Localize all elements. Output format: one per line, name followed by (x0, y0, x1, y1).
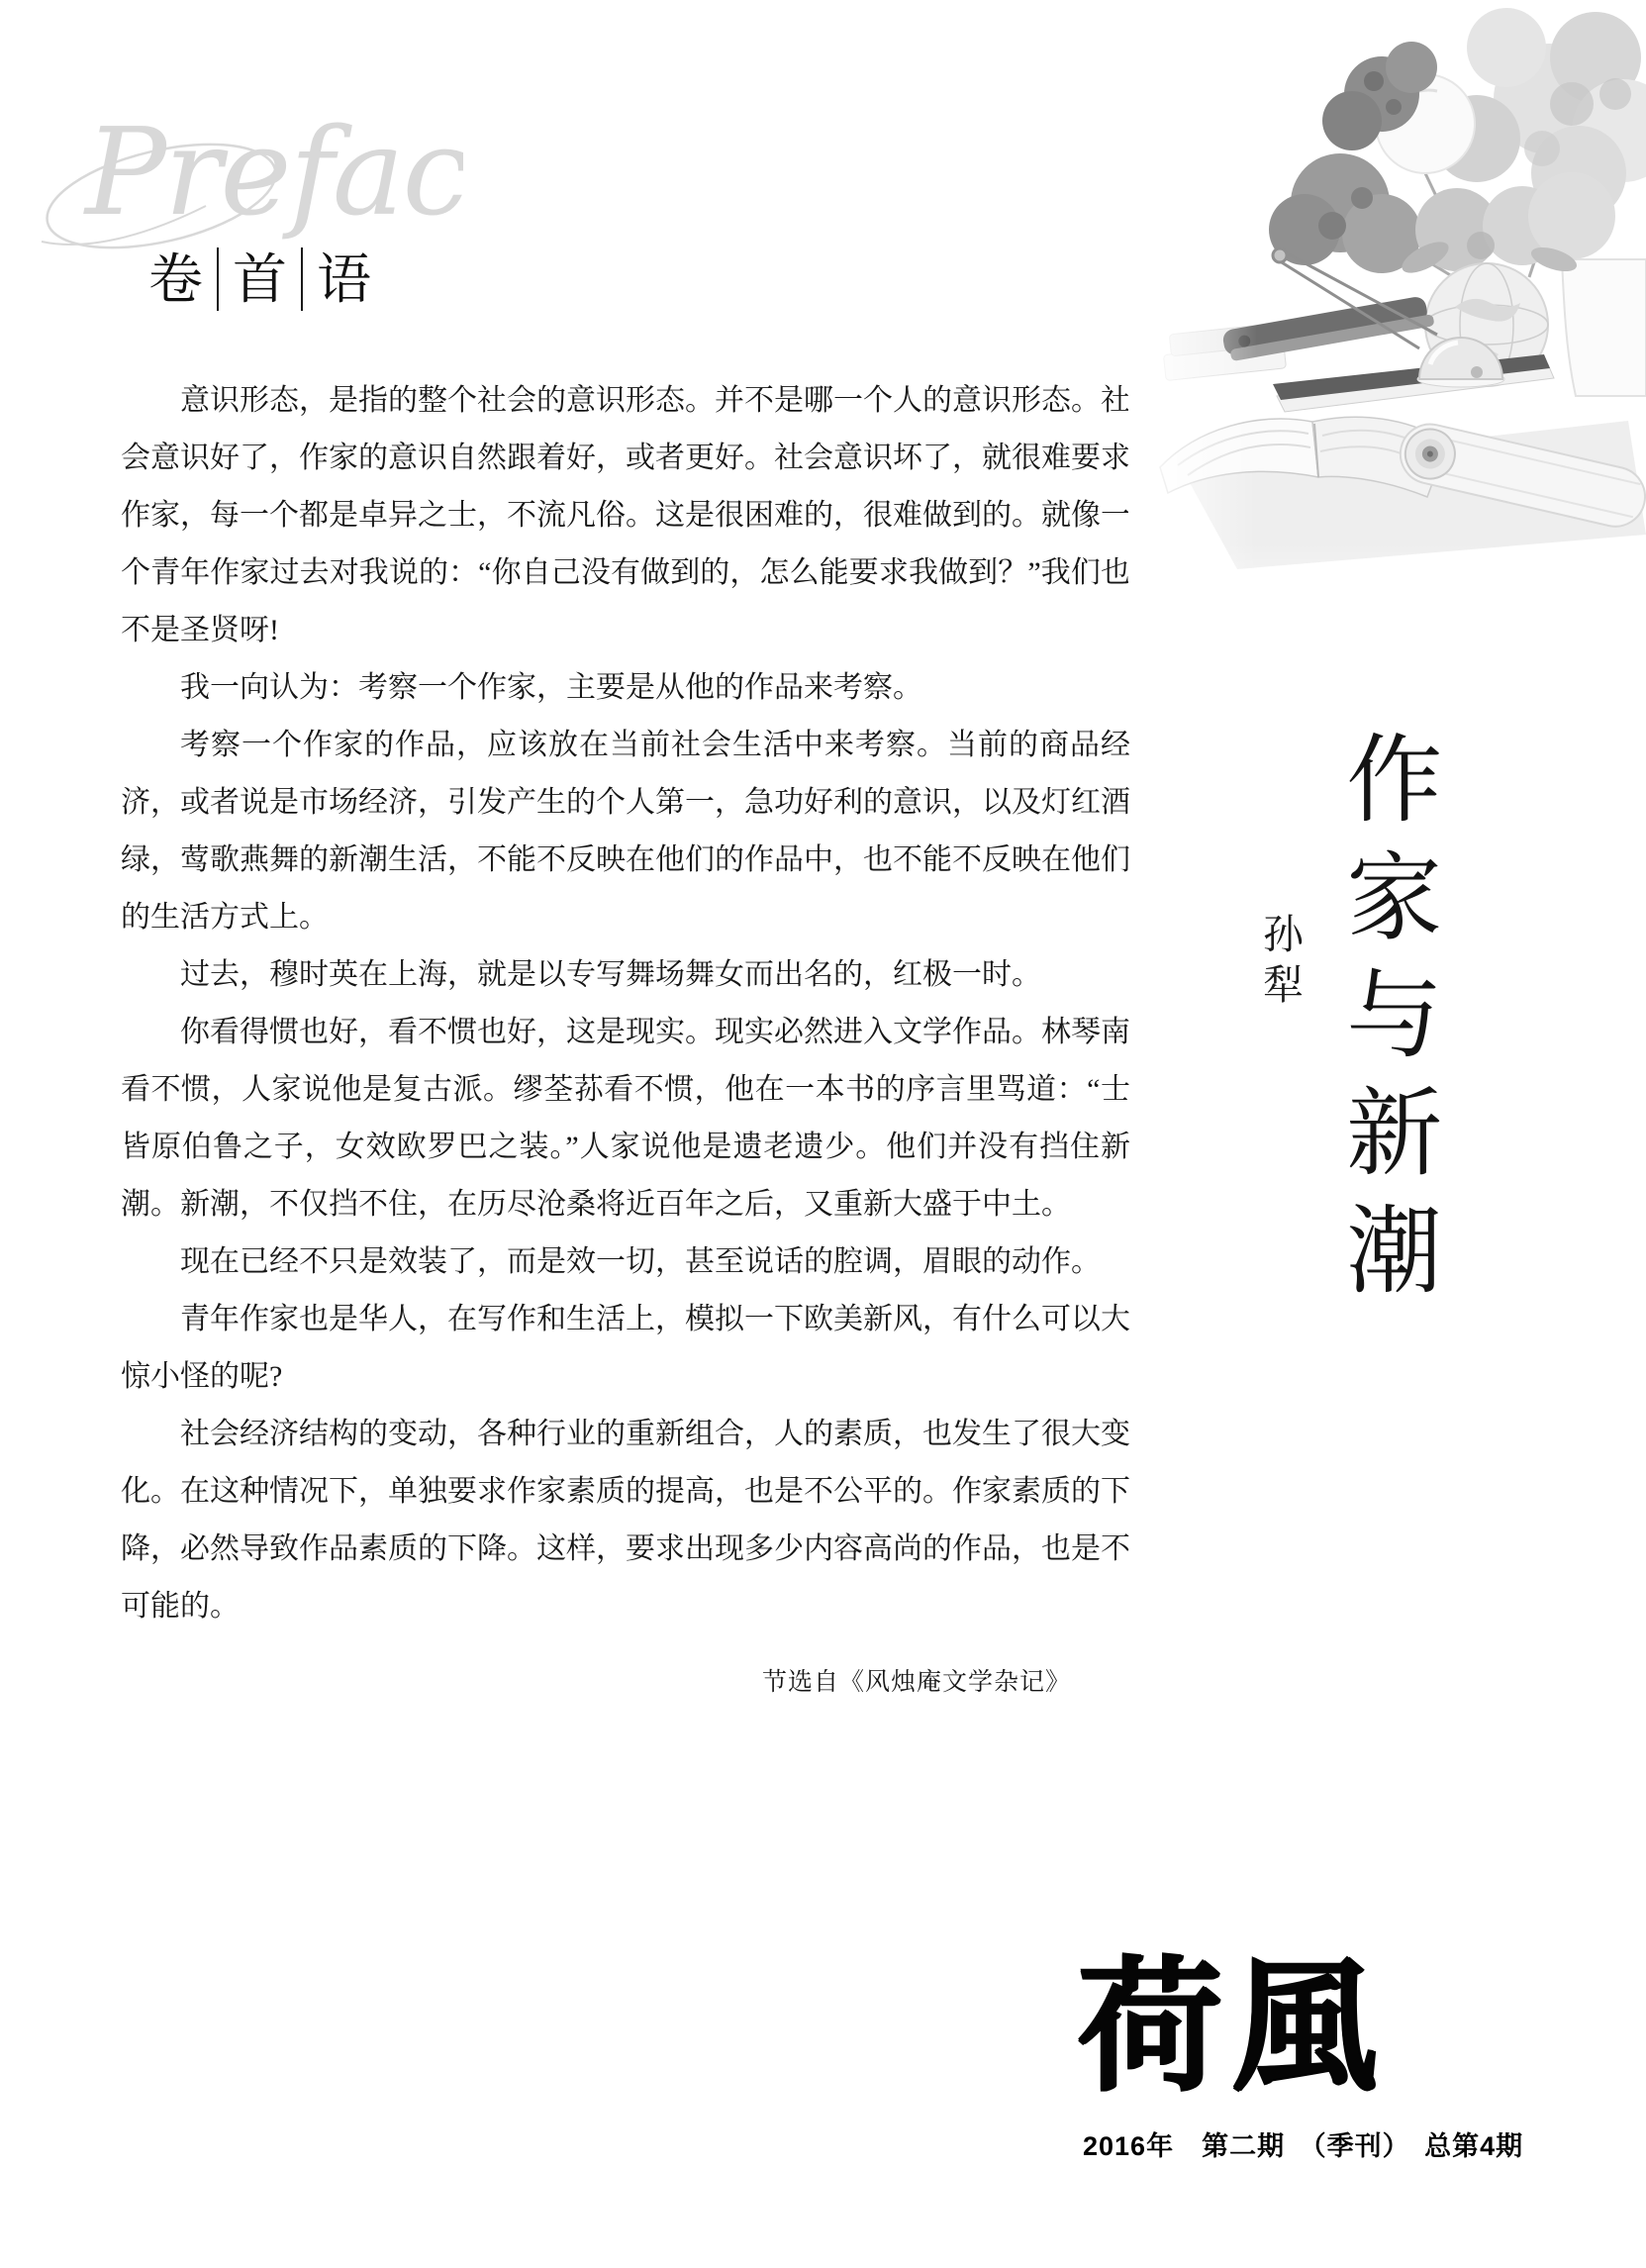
title-divider-bar (301, 247, 303, 311)
paragraph: 现在已经不只是效装了，而是效一切，甚至说话的腔调，眉眼的动作。 (121, 1233, 1130, 1291)
paragraph: 你看得惯也好，看不惯也好，这是现实。现实必然进入文学作品。林琴南看不惯，人家说他… (121, 1004, 1130, 1233)
magazine-preface-page: Preface 卷 首 语 意识形态，是指的整个社会的意识形态。并不是哪一个人的… (0, 0, 1646, 2268)
section-title: 卷 首 语 (148, 247, 371, 311)
paragraph: 青年作家也是华人，在写作和生活上，模拟一下欧美新风，有什么可以大惊小怪的呢? (121, 1291, 1130, 1406)
author-name: 孙犁 (1251, 913, 1309, 1014)
preface-script-art: Preface (28, 48, 463, 250)
section-title-char: 语 (317, 252, 371, 307)
paragraph: 考察一个作家的作品，应该放在当前社会生活中来考察。当前的商品经济，或者说是市场经… (121, 717, 1130, 946)
article-title-vertical: 作家与新潮 (1332, 729, 1436, 1318)
source-attribution: 节选自《风烛庵文学杂记》 (762, 1665, 1071, 1700)
paragraph: 社会经济结构的变动，各种行业的重新组合，人的素质，也发生了很大变化。在这种情况下… (121, 1406, 1130, 1635)
still-life-photo (1128, 0, 1646, 653)
vase (1562, 259, 1646, 396)
article-body: 意识形态，是指的整个社会的意识形态。并不是哪一个人的意识形态。社会意识好了，作家… (121, 372, 1130, 1635)
section-title-char: 首 (233, 252, 287, 307)
title-divider-bar (217, 247, 219, 311)
photo-fade-bottom (1128, 542, 1646, 653)
section-title-char: 卷 (148, 252, 203, 307)
issue-info: 2016年 第二期 （季刊） 总第4期 (1083, 2124, 1523, 2163)
paragraph: 过去，穆时英在上海，就是以专写舞场舞女而出名的，红极一时。 (121, 946, 1130, 1004)
preface-script-text: Preface (83, 102, 463, 243)
paragraph: 意识形态，是指的整个社会的意识形态。并不是哪一个人的意识形态。社会意识好了，作家… (121, 372, 1130, 659)
magazine-logo: 荷風 (1077, 1948, 1386, 2108)
closed-book (1273, 354, 1554, 412)
paragraph: 我一向认为：考察一个作家，主要是从他的作品来考察。 (121, 659, 1130, 717)
flowers-bouquet (1269, 8, 1646, 279)
